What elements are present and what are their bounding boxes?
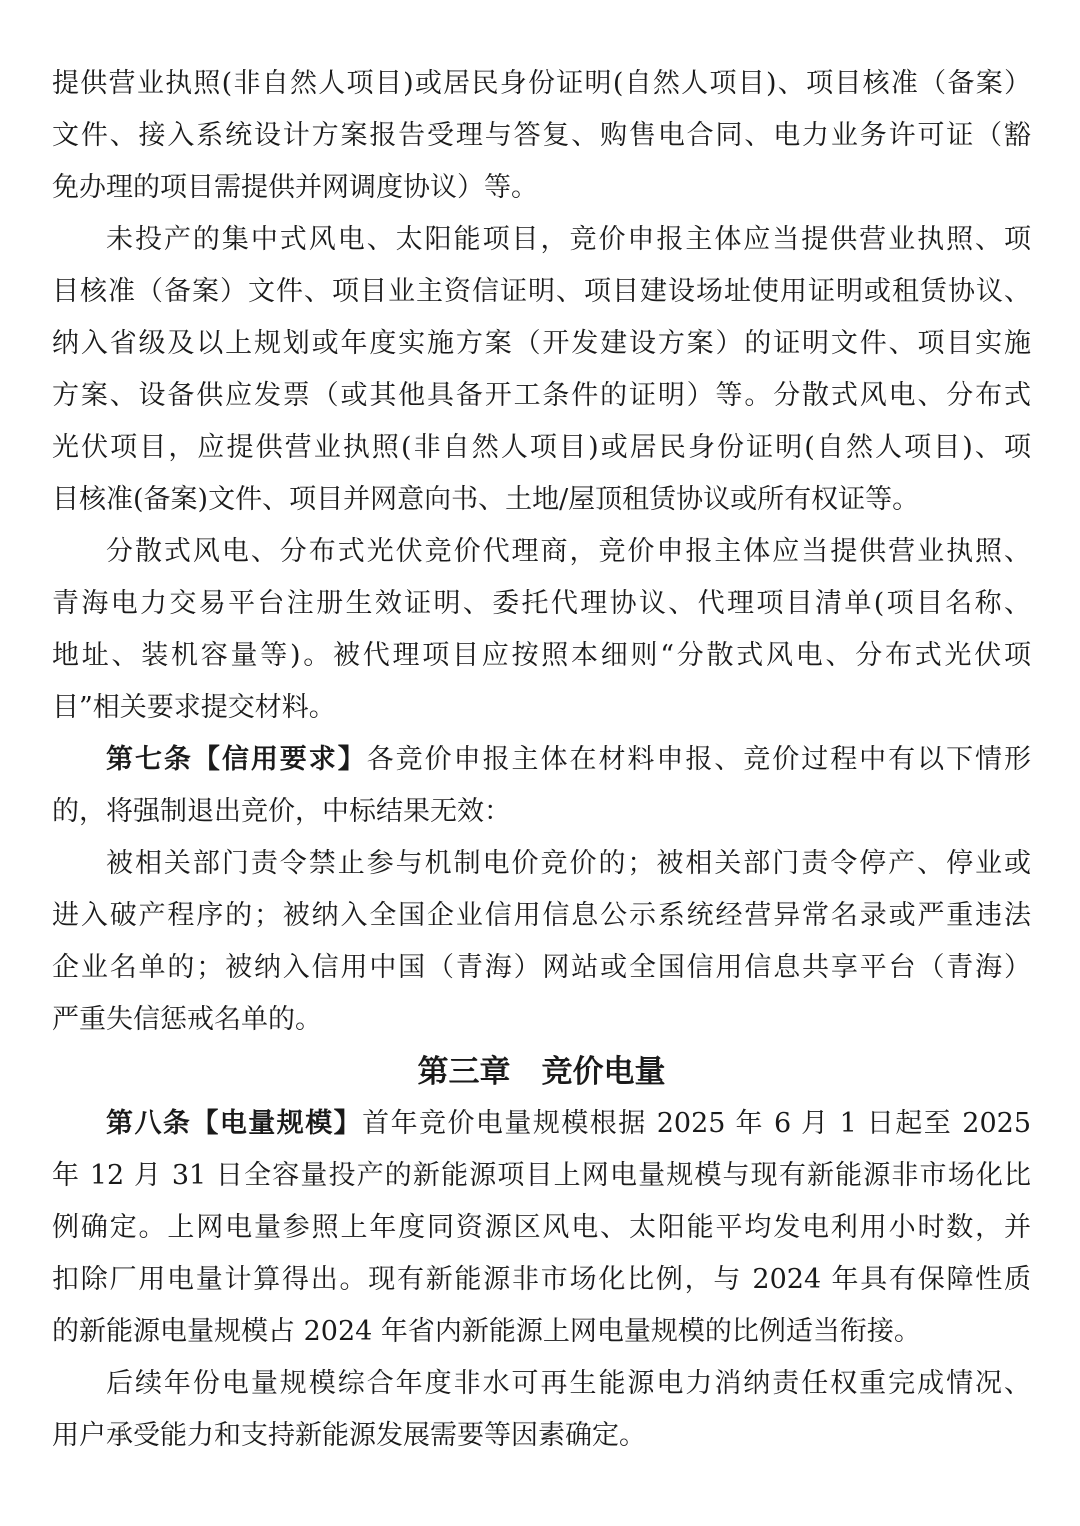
line-text: 目核准(备案)文件、项目并网意向书、土地/屋顶租赁协议或所有权证等。 — [52, 484, 919, 515]
document-line: 纳入省级及以上规划或年度实施方案（开发建设方案）的证明文件、项目实施 — [52, 318, 1031, 370]
document-line: 免办理的项目需提供并网调度协议）等。 — [52, 162, 1031, 214]
line-text: 企业名单的；被纳入信用中国（青海）网站或全国信用信息共享平台（青海） — [52, 952, 1031, 983]
line-text: 被相关部门责令禁止参与机制电价竞价的；被相关部门责令停产、停业或 — [106, 848, 1031, 879]
line-text: 地址、装机容量等)。被代理项目应按照本细则“分散式风电、分布式光伏项 — [52, 640, 1031, 671]
line-text: 目”相关要求提交材料。 — [52, 692, 336, 723]
document-line: 进入破产程序的；被纳入全国企业信用信息公示系统经营异常名录或严重违法 — [52, 890, 1031, 942]
chapter-heading: 第三章 竞价电量 — [52, 1046, 1031, 1098]
clause-title: 第七条【信用要求】 — [106, 744, 367, 775]
line-text: 用户承受能力和支持新能源发展需要等因素确定。 — [52, 1420, 646, 1451]
document-line: 分散式风电、分布式光伏竞价代理商，竞价申报主体应当提供营业执照、 — [52, 526, 1031, 578]
document-line: 光伏项目，应提供营业执照(非自然人项目)或居民身份证明(自然人项目)、项 — [52, 422, 1031, 474]
document-line: 提供营业执照(非自然人项目)或居民身份证明(自然人项目)、项目核准（备案） — [52, 58, 1031, 110]
clause-title: 第八条【电量规模】 — [106, 1108, 362, 1139]
document-line: 青海电力交易平台注册生效证明、委托代理协议、代理项目清单(项目名称、 — [52, 578, 1031, 630]
document-line: 第八条【电量规模】首年竞价电量规模根据 2025 年 6 月 1 日起至 202… — [52, 1098, 1031, 1150]
document-line: 文件、接入系统设计方案报告受理与答复、购售电合同、电力业务许可证（豁 — [52, 110, 1031, 162]
line-text: 的，将强制退出竞价，中标结果无效： — [52, 796, 511, 827]
document-line: 的新能源电量规模占 2024 年省内新能源上网电量规模的比例适当衔接。 — [52, 1306, 1031, 1358]
document-line: 的，将强制退出竞价，中标结果无效： — [52, 786, 1031, 838]
line-text: 严重失信惩戒名单的。 — [52, 1004, 322, 1035]
document-line: 地址、装机容量等)。被代理项目应按照本细则“分散式风电、分布式光伏项 — [52, 630, 1031, 682]
line-text: 提供营业执照(非自然人项目)或居民身份证明(自然人项目)、项目核准（备案） — [52, 68, 1031, 99]
line-text: 进入破产程序的；被纳入全国企业信用信息公示系统经营异常名录或严重违法 — [52, 900, 1031, 931]
line-text: 光伏项目，应提供营业执照(非自然人项目)或居民身份证明(自然人项目)、项 — [52, 432, 1031, 463]
document-line: 方案、设备供应发票（或其他具备开工条件的证明）等。分散式风电、分布式 — [52, 370, 1031, 422]
line-text: 第三章 竞价电量 — [418, 1054, 666, 1090]
line-text: 扣除厂用电量计算得出。现有新能源非市场化比例，与 2024 年具有保障性质 — [52, 1264, 1031, 1295]
document-content: 提供营业执照(非自然人项目)或居民身份证明(自然人项目)、项目核准（备案）文件、… — [52, 58, 1031, 1462]
document-line: 用户承受能力和支持新能源发展需要等因素确定。 — [52, 1410, 1031, 1462]
document-line: 未投产的集中式风电、太阳能项目，竞价申报主体应当提供营业执照、项 — [52, 214, 1031, 266]
line-text: 年 12 月 31 日全容量投产的新能源项目上网电量规模与现有新能源非市场化比 — [52, 1160, 1031, 1191]
line-text: 青海电力交易平台注册生效证明、委托代理协议、代理项目清单(项目名称、 — [52, 588, 1031, 619]
line-text: 首年竞价电量规模根据 2025 年 6 月 1 日起至 2025 — [362, 1108, 1031, 1139]
document-line: 目核准（备案）文件、项目业主资信证明、项目建设场址使用证明或租赁协议、 — [52, 266, 1031, 318]
line-text: 纳入省级及以上规划或年度实施方案（开发建设方案）的证明文件、项目实施 — [52, 328, 1031, 359]
line-text: 的新能源电量规模占 2024 年省内新能源上网电量规模的比例适当衔接。 — [52, 1316, 921, 1347]
line-text: 目核准（备案）文件、项目业主资信证明、项目建设场址使用证明或租赁协议、 — [52, 276, 1031, 307]
document-line: 例确定。上网电量参照上年度同资源区风电、太阳能平均发电利用小时数，并 — [52, 1202, 1031, 1254]
document-line: 目”相关要求提交材料。 — [52, 682, 1031, 734]
document-line: 目核准(备案)文件、项目并网意向书、土地/屋顶租赁协议或所有权证等。 — [52, 474, 1031, 526]
line-text: 方案、设备供应发票（或其他具备开工条件的证明）等。分散式风电、分布式 — [52, 380, 1031, 411]
document-line: 严重失信惩戒名单的。 — [52, 994, 1031, 1046]
document-line: 被相关部门责令禁止参与机制电价竞价的；被相关部门责令停产、停业或 — [52, 838, 1031, 890]
document-line: 年 12 月 31 日全容量投产的新能源项目上网电量规模与现有新能源非市场化比 — [52, 1150, 1031, 1202]
document-line: 企业名单的；被纳入信用中国（青海）网站或全国信用信息共享平台（青海） — [52, 942, 1031, 994]
line-text: 后续年份电量规模综合年度非水可再生能源电力消纳责任权重完成情况、 — [106, 1368, 1031, 1399]
line-text: 例确定。上网电量参照上年度同资源区风电、太阳能平均发电利用小时数，并 — [52, 1212, 1031, 1243]
document-page: 提供营业执照(非自然人项目)或居民身份证明(自然人项目)、项目核准（备案）文件、… — [0, 0, 1080, 1526]
line-text: 免办理的项目需提供并网调度协议）等。 — [52, 172, 538, 203]
line-text: 文件、接入系统设计方案报告受理与答复、购售电合同、电力业务许可证（豁 — [52, 120, 1031, 151]
document-line: 第七条【信用要求】各竞价申报主体在材料申报、竞价过程中有以下情形 — [52, 734, 1031, 786]
line-text: 未投产的集中式风电、太阳能项目，竞价申报主体应当提供营业执照、项 — [106, 224, 1031, 255]
line-text: 各竞价申报主体在材料申报、竞价过程中有以下情形 — [367, 744, 1031, 775]
document-line: 扣除厂用电量计算得出。现有新能源非市场化比例，与 2024 年具有保障性质 — [52, 1254, 1031, 1306]
document-line: 后续年份电量规模综合年度非水可再生能源电力消纳责任权重完成情况、 — [52, 1358, 1031, 1410]
line-text: 分散式风电、分布式光伏竞价代理商，竞价申报主体应当提供营业执照、 — [106, 536, 1031, 567]
